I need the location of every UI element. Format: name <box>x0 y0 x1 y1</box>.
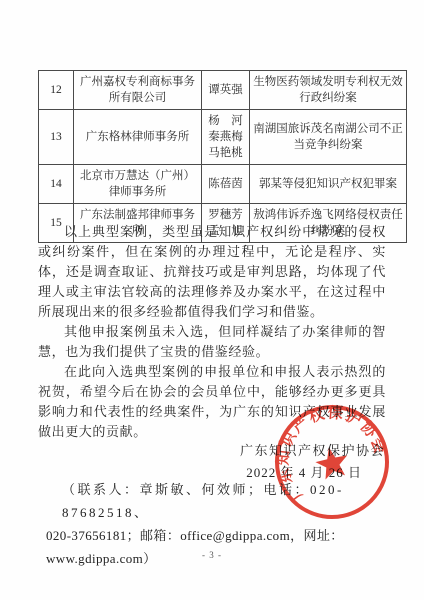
paragraph-other-cases: 其他申报案例虽未入选，但同样凝结了办案律师的智慧，也为我们提供了宝贵的借鉴经验。 <box>38 322 386 362</box>
case-number: 12 <box>39 71 74 110</box>
applicant-names: 杨 河 秦燕梅 马艳桃 <box>202 110 250 165</box>
signature-org: 广东知识产权保护协会 <box>0 440 424 462</box>
document-page: 12 广州嘉权专利商标事务所有限公司 谭英强 生物医药领域发明专利权无效行政纠纷… <box>0 0 424 600</box>
case-title: 南湖国旅诉茂名南湖公司不正当竞争纠纷案 <box>250 110 407 165</box>
paragraph-summary: 以上典型案例，类型虽是知识产权纠纷中常见的侵权或纠纷案件，但在案例的办理过程中，… <box>38 222 386 322</box>
body-text: 以上典型案例，类型虽是知识产权纠纷中常见的侵权或纠纷案件，但在案例的办理过程中，… <box>38 222 386 442</box>
applicant-names: 陈蓓茵 <box>202 165 250 204</box>
paragraph-congratulation: 在此向入选典型案例的申报单位和申报人表示热烈的祝贺，希望今后在协会的会员单位中，… <box>38 362 386 442</box>
firm-name: 广东格林律师事务所 <box>74 110 202 165</box>
case-number: 14 <box>39 165 74 204</box>
table-row: 13 广东格林律师事务所 杨 河 秦燕梅 马艳桃 南湖国旅诉茂名南湖公司不正当竞… <box>39 110 407 165</box>
case-number: 13 <box>39 110 74 165</box>
firm-name: 广州嘉权专利商标事务所有限公司 <box>74 71 202 110</box>
page-number: - 3 - <box>0 550 424 560</box>
contact-line-2: 020-37656181；邮箱：office@gdippa.com，网址：www… <box>46 524 424 570</box>
table-row: 14 北京市万慧达（广州）律师事务所 陈蓓茵 郭某等侵犯知识产权犯罪案 <box>39 165 407 204</box>
applicant-names: 谭英强 <box>202 71 250 110</box>
case-title: 郭某等侵犯知识产权犯罪案 <box>250 165 407 204</box>
typical-cases-table: 12 广州嘉权专利商标事务所有限公司 谭英强 生物医药领域发明专利权无效行政纠纷… <box>38 70 407 243</box>
case-title: 生物医药领域发明专利权无效行政纠纷案 <box>250 71 407 110</box>
firm-name: 北京市万慧达（广州）律师事务所 <box>74 165 202 204</box>
contact-line-1: （联系人：章斯敏、何效师；电话：020-87682518、 <box>62 478 424 524</box>
table-row: 12 广州嘉权专利商标事务所有限公司 谭英强 生物医药领域发明专利权无效行政纠纷… <box>39 71 407 110</box>
